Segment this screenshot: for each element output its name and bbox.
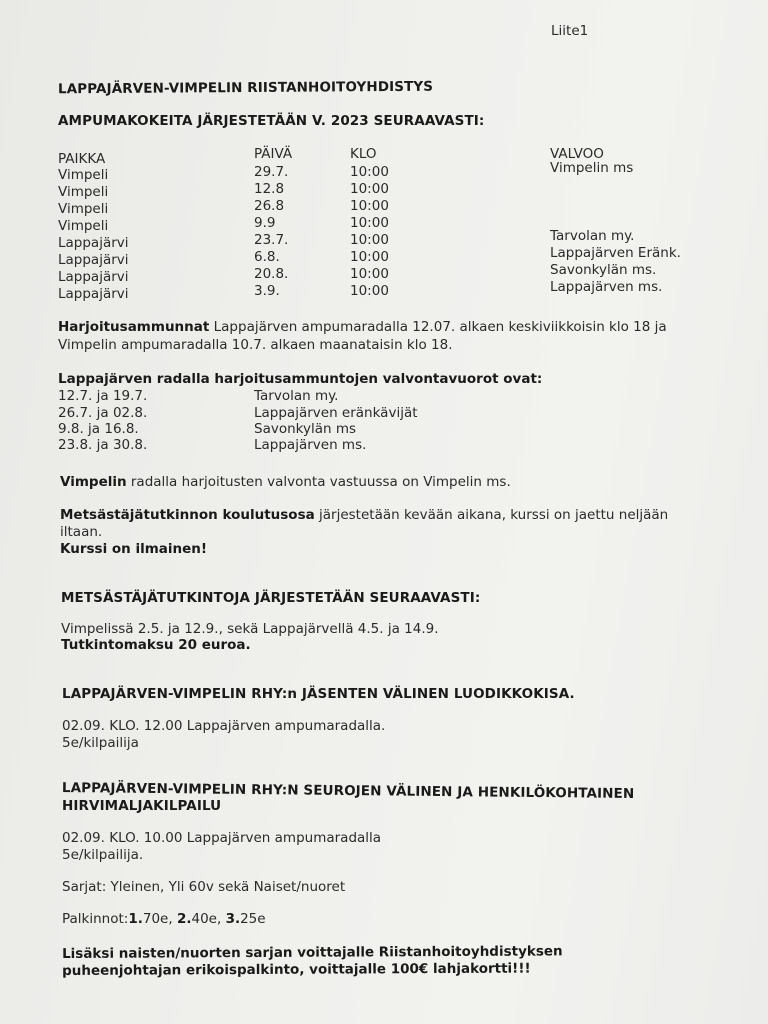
document-page: Liite1 LAPPAJÄRVEN-VIMPELIN RIISTANHOITO… xyxy=(0,0,768,1024)
table-row: Vimpeli 9.9 10:00 xyxy=(58,215,738,232)
vimpeli-note-bold: Vimpelin xyxy=(60,474,127,490)
exams-dates: Vimpelissä 2.5. ja 12.9., sekä Lappajärv… xyxy=(61,621,439,637)
cell-date: 12.8 xyxy=(254,181,284,197)
cell-date: 29.7. xyxy=(254,164,288,180)
rifle-contest-fee: 5e/kilpailija xyxy=(62,735,139,751)
cell-date: 6.8. xyxy=(254,249,280,265)
col-header-date: PÄIVÄ xyxy=(254,146,292,162)
moose-contest-fee: 5e/kilpailija. xyxy=(62,847,143,863)
prize-amount: 40e xyxy=(191,911,216,927)
moose-contest-title-line2: HIRVIMALJAKILPAILU xyxy=(62,798,221,814)
table-row: Vimpeli 29.7. 10:00 Vimpelin ms xyxy=(58,164,738,181)
cell-time: 10:00 xyxy=(350,249,389,265)
course-paragraph: Metsästäjätutkinnon koulutusosa järjeste… xyxy=(60,507,668,558)
course-free-note: Kurssi on ilmainen! xyxy=(60,541,668,558)
cell-time: 10:00 xyxy=(350,283,389,299)
table-row: Vimpeli 26.8 10:00 xyxy=(58,198,738,215)
rifle-contest-when: 02.09. KLO. 12.00 Lappajärven ampumarada… xyxy=(62,718,385,734)
tests-table-header: PAIKKA PÄIVÄ KLO VALVOO xyxy=(58,146,738,163)
cell-supervisor: Lappajärven ms. xyxy=(550,279,662,295)
exams-fee: Tutkintomaksu 20 euroa. xyxy=(61,637,251,653)
cell-place: Lappajärvi xyxy=(58,286,129,302)
list-item: 12.7. ja 19.7. Tarvolan my. xyxy=(58,388,558,405)
shift-dates: 26.7. ja 02.8. xyxy=(58,405,147,421)
table-row: Vimpeli 12.8 10:00 xyxy=(58,181,738,198)
practice-paragraph: Harjoitusammunnat Lappajärven ampumarada… xyxy=(58,319,667,353)
cell-supervisor: Vimpelin ms xyxy=(550,160,633,176)
prize-place: 2. xyxy=(177,911,192,927)
vimpeli-note-text: radalla harjoitusten valvonta vastuussa … xyxy=(127,474,511,490)
cell-time: 10:00 xyxy=(350,266,389,282)
col-header-time: KLO xyxy=(350,146,377,162)
shift-club: Lappajärven eränkävijät xyxy=(254,405,418,421)
prize-place: 3. xyxy=(226,911,241,927)
table-row: Lappajärvi 3.9. 10:00 Lappajärven ms. xyxy=(58,283,738,300)
practice-bold: Harjoitusammunnat xyxy=(58,319,209,335)
shift-dates: 23.8. ja 30.8. xyxy=(58,437,147,453)
moose-contest-series: Sarjat: Yleinen, Yli 60v sekä Naiset/nuo… xyxy=(62,879,345,895)
course-text: järjestetään kevään aikana, kurssi on ja… xyxy=(315,507,669,523)
tests-title: AMPUMAKOKEITA JÄRJESTETÄÄN V. 2023 SEURA… xyxy=(58,113,484,129)
attachment-label: Liite1 xyxy=(551,23,588,40)
shift-dates: 12.7. ja 19.7. xyxy=(58,388,147,404)
prizes-label: Palkinnot: xyxy=(62,911,128,927)
list-item: 26.7. ja 02.8. Lappajärven eränkävijät xyxy=(58,405,558,422)
moose-contest-prizes: Palkinnot:1.70e, 2.40e, 3.25e xyxy=(62,911,266,927)
course-line2: iltaan. xyxy=(60,524,668,541)
org-title: LAPPAJÄRVEN-VIMPELIN RIISTANHOITOYHDISTY… xyxy=(58,79,433,98)
rifle-contest-title: LAPPAJÄRVEN-VIMPELIN RHY:n JÄSENTEN VÄLI… xyxy=(62,686,575,702)
course-bold: Metsästäjätutkinnon koulutusosa xyxy=(60,507,315,523)
cell-date: 23.7. xyxy=(254,232,288,248)
cell-date: 20.8. xyxy=(254,266,288,282)
prize-place: 1. xyxy=(128,911,143,927)
cell-time: 10:00 xyxy=(350,181,389,197)
list-item: 9.8. ja 16.8. Savonkylän ms xyxy=(58,421,558,438)
prize-amount: 25e xyxy=(240,911,265,927)
vimpeli-note: Vimpelin radalla harjoitusten valvonta v… xyxy=(60,474,511,490)
moose-contest-when: 02.09. KLO. 10.00 Lappajärven ampumarada… xyxy=(62,830,381,846)
cell-supervisor: Savonkylän ms. xyxy=(550,262,656,278)
cell-date: 26.8 xyxy=(254,198,284,214)
shift-club: Lappajärven ms. xyxy=(254,437,366,453)
shift-club: Tarvolan my. xyxy=(254,388,338,404)
cell-date: 3.9. xyxy=(254,283,280,299)
cell-time: 10:00 xyxy=(350,198,389,214)
cell-time: 10:00 xyxy=(350,232,389,248)
cell-date: 9.9 xyxy=(254,215,275,231)
practice-line1: Lappajärven ampumaradalla 12.07. alkaen … xyxy=(209,319,666,335)
moose-contest-bonus-line1: Lisäksi naisten/nuorten sarjan voittajal… xyxy=(62,943,563,962)
shift-club: Savonkylän ms xyxy=(254,421,356,437)
prize-amount: 70e xyxy=(143,911,168,927)
cell-supervisor: Lappajärven Eränk. xyxy=(550,245,681,261)
cell-supervisor: Tarvolan my. xyxy=(550,228,634,244)
list-item: 23.8. ja 30.8. Lappajärven ms. xyxy=(58,437,558,454)
practice-line2: Vimpelin ampumaradalla 10.7. alkaen maan… xyxy=(58,337,667,353)
exams-title: METSÄSTÄJÄTUTKINTOJA JÄRJESTETÄÄN SEURAA… xyxy=(61,590,480,606)
cell-time: 10:00 xyxy=(350,215,389,231)
shift-dates: 9.8. ja 16.8. xyxy=(58,421,139,437)
supervision-title: Lappajärven radalla harjoitusammuntojen … xyxy=(58,371,542,387)
cell-time: 10:00 xyxy=(350,164,389,180)
moose-contest-bonus-line2: puheenjohtajan erikoispalkinto, voittaja… xyxy=(62,961,531,979)
